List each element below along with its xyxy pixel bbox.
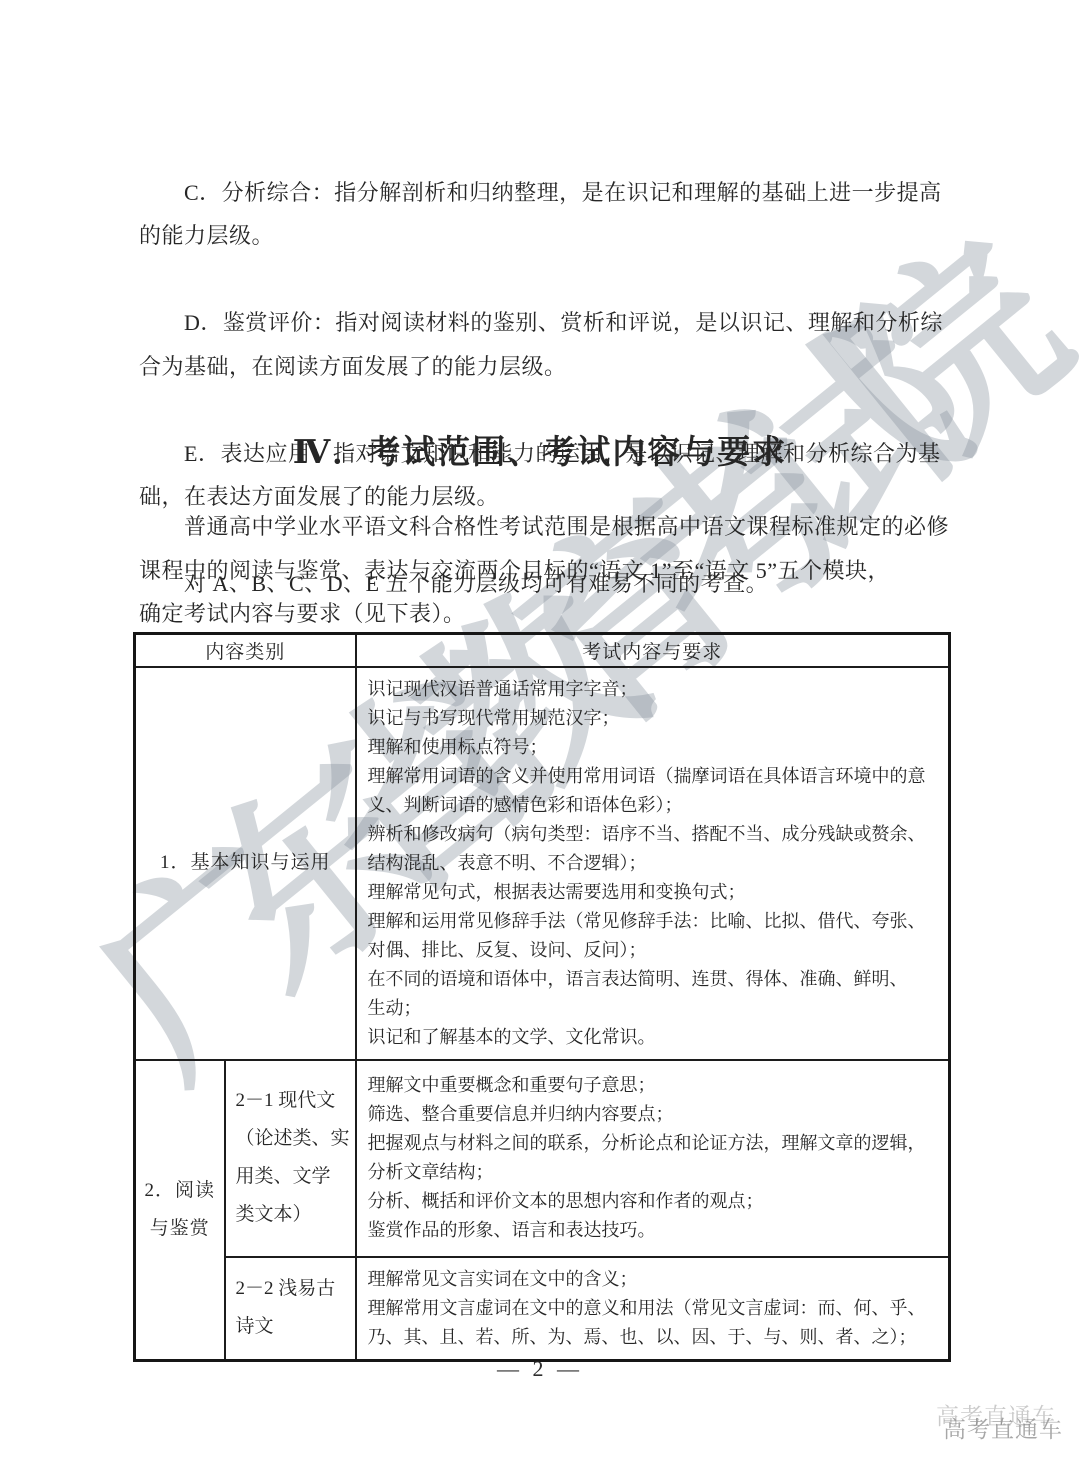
category-reading-appreciation: 2．阅读 与鉴赏 xyxy=(135,1060,225,1361)
paragraph-appreciation-evaluation: D．鉴赏评价：指对阅读材料的鉴别、赏析和评说，是以识记、理解和分析综 合为基础，… xyxy=(139,301,1044,388)
paragraph-analysis-synthesis: C．分析综合：指分解剖析和归纳整理，是在识记和理解的基础上进一步提高 的能力层级… xyxy=(139,171,1044,258)
intro-paragraph: 普通高中学业水平语文科合格性考试范围是根据高中语文课程标准规定的必修 课程中的阅… xyxy=(139,505,1044,636)
category-basic-knowledge: 1．基本知识与运用 xyxy=(135,667,356,1060)
header-requirements: 考试内容与要求 xyxy=(356,634,950,667)
section-heading: Ⅳ．考试范围、考试内容与要求 xyxy=(0,426,1080,473)
subcategory-classical-text: 2－2 浅易古 诗文 xyxy=(225,1257,356,1361)
requirements-basic-knowledge: 识记现代汉语普通话常用字字音； 识记与书写现代常用规范汉字； 理解和使用标点符号… xyxy=(356,667,950,1060)
exam-content-table: 内容类别 考试内容与要求 1．基本知识与运用 识记现代汉语普通话常用字字音； 识… xyxy=(133,632,951,1362)
brand-stamp: 高考直通车 高考直通车 xyxy=(930,1396,1080,1466)
requirements-modern-text: 理解文中重要概念和重要句子意思； 筛选、整合重要信息并归纳内容要点； 把握观点与… xyxy=(356,1060,950,1257)
table-header-row: 内容类别 考试内容与要求 xyxy=(135,634,950,667)
requirements-classical-text: 理解常见文言实词在文中的含义； 理解常用文言虚词在文中的意义和用法（常见文言虚词… xyxy=(356,1257,950,1361)
header-category: 内容类别 xyxy=(135,634,356,667)
table-row-modern-text: 2．阅读 与鉴赏 2－1 现代文 （论述类、实 用类、文学 类文本） 理解文中重… xyxy=(135,1060,950,1257)
stamp-text: 高考直通车 xyxy=(943,1411,1063,1444)
table-row-classical-text: 2－2 浅易古 诗文 理解常见文言实词在文中的含义； 理解常用文言虚词在文中的意… xyxy=(135,1257,950,1361)
page-number: — 2 — xyxy=(0,1356,1080,1382)
subcategory-modern-text: 2－1 现代文 （论述类、实 用类、文学 类文本） xyxy=(225,1060,356,1257)
table-row-basic-knowledge: 1．基本知识与运用 识记现代汉语普通话常用字字音； 识记与书写现代常用规范汉字；… xyxy=(135,667,950,1060)
